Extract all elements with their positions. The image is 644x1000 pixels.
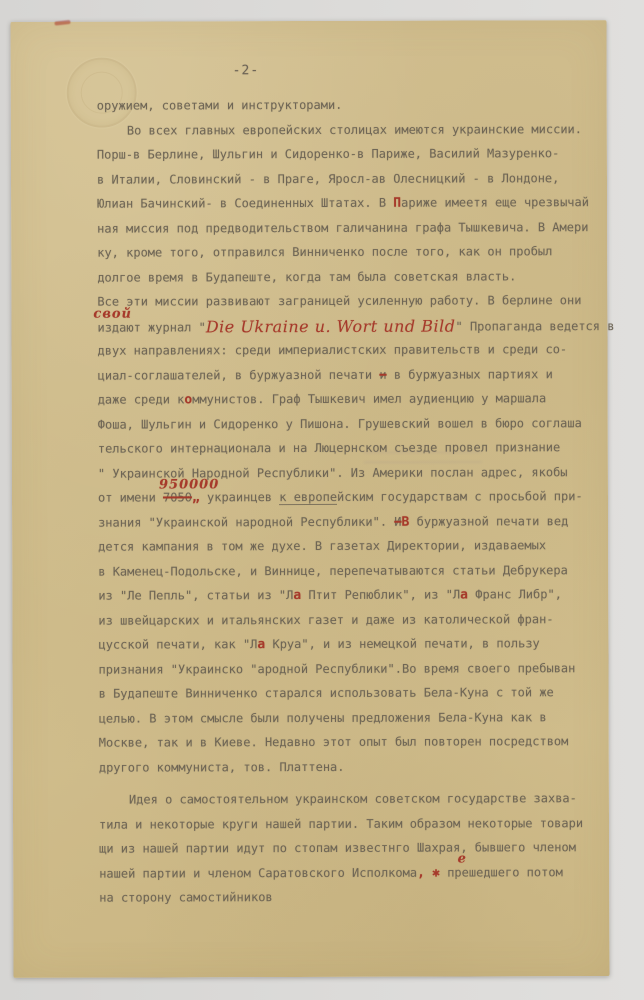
typed-line: щи из нашей партии идут по стопам извест… — [99, 835, 615, 861]
typed-line: целью. В этом смысле были получены предл… — [99, 705, 615, 731]
typed-segment: ная миссия под предводительством галичан… — [97, 220, 588, 236]
typed-line: Юлиан Бачинский- в Соединенных Штатах. В… — [97, 190, 613, 216]
typed-segment: дется кампания в том же духе. В газетах … — [98, 538, 546, 553]
typed-segment: " Пропаганда ведется в — [455, 319, 614, 333]
typed-segment: тельского интернационала и на Люцернском… — [98, 440, 560, 455]
typed-line: в Италии, Словинский - в Праге, Яросл-ав… — [97, 166, 613, 192]
typed-segment: буржуазной печати вед — [409, 514, 568, 528]
typed-line: Фоша, Шульгин и Сидоренко у Пишона. Груш… — [98, 411, 614, 437]
typed-segment: Франс Либр", — [468, 587, 562, 601]
typed-segment: Во всех главных европейских столицах име… — [127, 122, 582, 137]
red-correction: а — [257, 637, 265, 652]
red-edge-mark — [54, 20, 70, 26]
typed-segment: целью. В этом смысле были получены предл… — [99, 710, 547, 725]
typed-segment: тила и некоторые круги нашей партии. Так… — [99, 816, 583, 832]
typed-segment: Москве, так и в Киеве. Недавно этот опыт… — [99, 734, 569, 749]
document-page: -2- оружием, советами и инструкторами.Во… — [10, 20, 609, 978]
typed-line: свойиздают журнал "Die Ukraine u. Wort u… — [97, 313, 613, 339]
typed-line: Порш-в Берлине, Шульгин и Сидоренко-в Па… — [97, 141, 613, 167]
typed-line: Идея о самостоятельном украинском советс… — [99, 786, 615, 812]
underlined-text: к европе — [279, 490, 337, 505]
typed-line: двух направлениях: среди империалистских… — [97, 337, 613, 363]
typed-segment: другого коммуниста, тов. Платтена. — [99, 759, 345, 774]
red-correction: , — [417, 865, 425, 880]
typed-line: Все эти миссии развивают заграницей усил… — [97, 288, 613, 314]
typed-segment: щи из нашей партии идут по стопам извест… — [99, 840, 576, 855]
typed-line: из "Ле Пепль", статьи из "Ла Птит Репюбл… — [98, 582, 614, 608]
typed-segment: двух направлениях: среди империалистских… — [98, 342, 568, 357]
typed-segment: циал-соглашателей, в буржуазной печати — [98, 367, 380, 382]
red-correction: ✱ — [432, 865, 440, 880]
typed-line: ная миссия под предводительством галичан… — [97, 215, 613, 241]
typed-segment: долгое время в Будапеште, когда там была… — [97, 269, 516, 284]
typed-line: другого коммуниста, тов. Платтена. — [99, 754, 615, 780]
typed-text: оружием, советами и инструкторами.Во все… — [97, 92, 616, 910]
typed-line: Москве, так и в Киеве. Недавно этот опыт… — [99, 729, 615, 755]
typed-segment: в Италии, Словинский - в Праге, Яросл-ав… — [97, 171, 559, 186]
red-handwriting: Die Ukraine u. Wort und Bild — [206, 316, 456, 336]
typed-segment: йским государствам с просьбой при- — [337, 489, 583, 504]
typed-line: цусской печати, как "Ла Круа", и из неме… — [98, 631, 614, 657]
typed-line: в Будапеште Винниченко старался использо… — [99, 680, 615, 706]
typed-segment: Идея о самостоятельном украинском советс… — [129, 791, 577, 806]
typed-line: даже среди коммунистов. Граф Тышкевич им… — [98, 386, 614, 412]
typed-line: тила и некоторые круги нашей партии. Так… — [99, 811, 615, 837]
typed-segment: от имени — [98, 490, 163, 504]
struck-text: и — [379, 367, 386, 381]
typed-line: долгое время в Будапеште, когда там была… — [97, 264, 613, 290]
typed-line: ку, кроме того, отправился Винниченко по… — [97, 239, 613, 265]
typed-segment: знания "Украинской народной Республики". — [98, 514, 394, 529]
typed-segment: ку, кроме того, отправился Винниченко по… — [97, 244, 552, 259]
typed-line: циал-соглашателей, в буржуазной печати и… — [98, 362, 614, 388]
typed-line: Во всех главных европейских столицах име… — [97, 117, 613, 143]
red-correction: а — [460, 588, 468, 603]
red-correction: о — [184, 392, 192, 407]
typed-segment: Все эти миссии развивают заграницей усил… — [97, 293, 581, 309]
typed-segment: Птит Репюблик", из "Л — [301, 588, 460, 602]
red-insertion-above: 950000 — [159, 473, 219, 498]
typed-line: знания "Украинской народной Республики".… — [98, 509, 614, 535]
typed-segment: Юлиан Бачинский- в Соединенных Штатах. В — [97, 196, 393, 211]
typed-segment: цусской печати, как "Л — [98, 637, 257, 651]
typed-segment: Фоша, Шульгин и Сидоренко у Пишона. Груш… — [98, 416, 582, 432]
typed-line: тельского интернационала и на Люцернском… — [98, 435, 614, 461]
typed-segment: из "Ле Пепль", статьи из "Л — [98, 588, 293, 603]
typed-segment: ешедшего потом — [462, 865, 563, 879]
typed-line: из швейцарских и итальянских газет и даж… — [98, 607, 614, 633]
typed-segment: признания "Украинско "ародной Республики… — [99, 661, 576, 676]
red-correction: П — [393, 196, 401, 211]
typed-line: признания "Украинско "ародной Республики… — [98, 656, 614, 682]
typed-segment: ариже имеетя еще чрезвычай — [401, 195, 589, 210]
typed-segment: в Будапеште Винниченко старался использо… — [99, 685, 554, 700]
typed-segment: даже среди к — [98, 392, 185, 406]
typed-line: на сторону самостийников — [99, 884, 615, 910]
red-correction: а — [293, 588, 301, 603]
typed-segment: ммунистов. Граф Тышкевич имел аудиенцию … — [192, 391, 546, 406]
page-number: -2- — [233, 63, 260, 78]
typed-segment — [425, 865, 432, 879]
typed-segment: Порш-в Берлине, Шульгин и Сидоренко-в Па… — [97, 146, 559, 161]
typed-segment: в буржуазных партиях и — [387, 367, 553, 382]
typed-segment: из швейцарских и итальянских газет и даж… — [98, 612, 553, 627]
typed-segment: оружием, советами и инструкторами. — [97, 98, 343, 113]
typed-line: дется кампания в том же духе. В газетах … — [98, 533, 614, 559]
red-insertion-above: свой — [93, 303, 132, 328]
typed-line: нашей партии и членом Саратовского Испол… — [99, 860, 615, 886]
typed-segment: Круа", и из немецкой печати, в пользу — [265, 636, 540, 651]
red-insertion-above: е — [458, 848, 467, 873]
typed-line: в Каменец-Подольске, и Виннице, перепеча… — [98, 558, 614, 584]
typed-segment: нашей партии и членом Саратовского Испол… — [99, 865, 417, 880]
typed-line: оружием, советами и инструкторами. — [97, 92, 613, 118]
typed-segment: на сторону самостийников — [99, 890, 272, 905]
typed-segment: в Каменец-Подольске, и Виннице, перепеча… — [98, 563, 568, 578]
typed-line: от имени 9500007050„ украинцев к европей… — [98, 484, 614, 510]
